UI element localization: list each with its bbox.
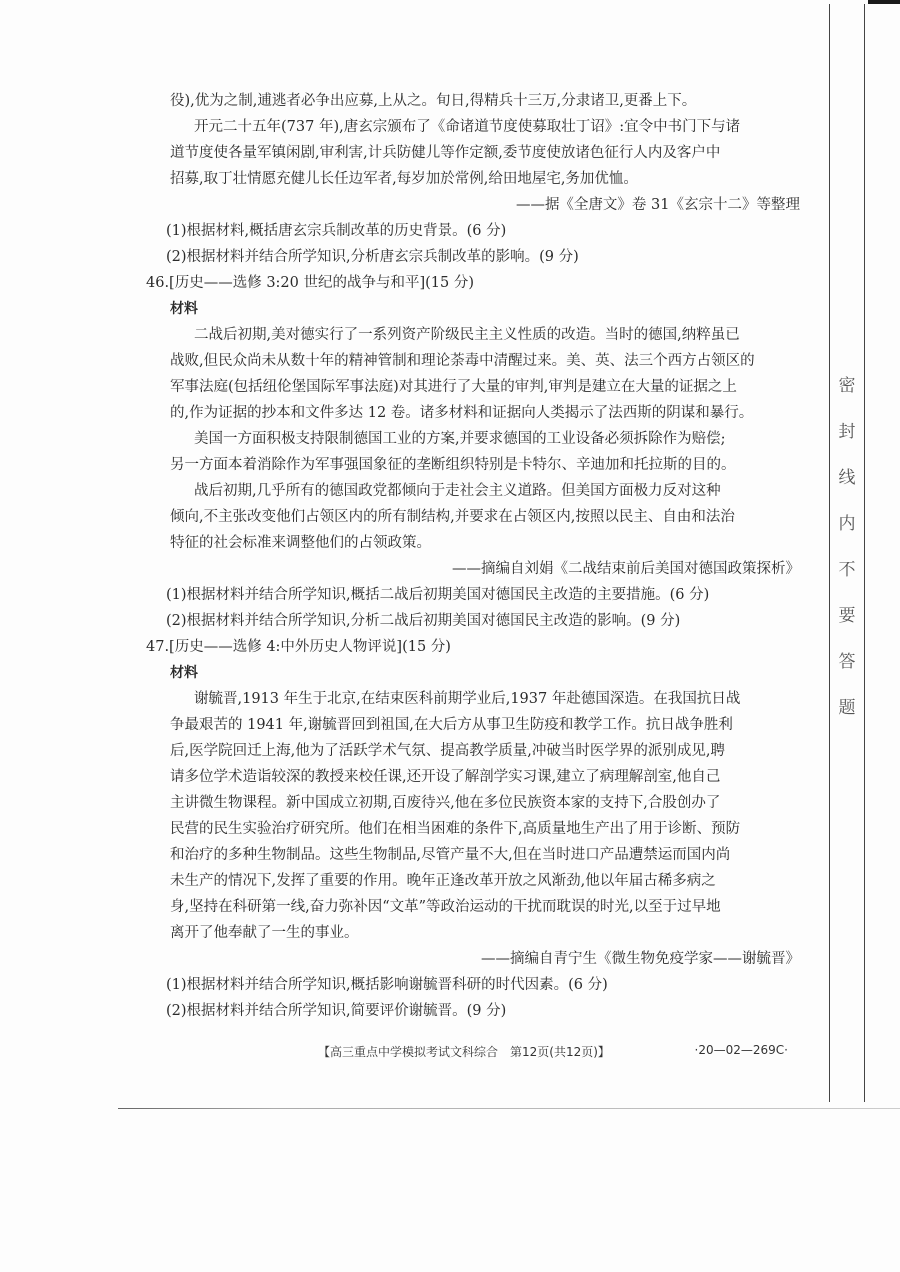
text-line: 战后初期,几乎所有的德国政党都倾向于走社会主义道路。但美国方面极力反对这种 [194,478,800,504]
text-line: 和治疗的多种生物制品。这些生物制品,尽管产量不大,但在当时进口产品遭禁运而国内尚 [170,842,800,868]
q45-subquestion-2: (2)根据材料并结合所学知识,分析唐玄宗兵制改革的影响。(9 分) [166,244,800,270]
footer-title: 【高三重点中学模拟考试文科综合 第12页(共12页)】 [318,1043,610,1060]
text-line: 开元二十五年(737 年),唐玄宗颁布了《命诸道节度使募取壮丁诏》:宜令中书门下… [194,114,800,140]
text-line: 战败,但民众尚未从数十年的精神管制和理论荼毒中清醒过来。美、英、法三个西方占领区… [170,348,800,374]
q47-subquestion-1: (1)根据材料并结合所学知识,概括影响谢毓晋科研的时代因素。(6 分) [166,972,800,998]
q47-source: ——摘编自青宁生《微生物免疫学家——谢毓晋》 [148,946,800,972]
q46-subquestion-1: (1)根据材料并结合所学知识,概括二战后初期美国对德国民主改造的主要措施。(6 … [166,582,800,608]
binding-line-inner [829,4,830,1102]
seal-line-notice: 密 封 线 内 不 要 答 题 [834,378,860,746]
text-line: 争最艰苦的 1941 年,谢毓晋回到祖国,在大后方从事卫生防疫和教学工作。抗日战… [170,712,800,738]
q45-subquestion-1: (1)根据材料,概括唐玄宗兵制改革的历史背景。(6 分) [166,218,800,244]
binding-line-outer [864,4,865,1102]
text-line: 另一方面本着消除作为军事强国象征的垄断组织特别是卡特尔、辛迪加和托拉斯的目的。 [170,452,800,478]
seal-char: 要 [839,608,856,625]
q46-heading: 46.[历史——选修 3:20 世纪的战争与和平](15 分) [146,270,800,296]
text-line: 后,医学院回迁上海,他为了活跃学术气氛、提高教学质量,冲破当时医学界的派别成见,… [170,738,800,764]
text-line: 役),优为之制,逋逃者必争出应募,上从之。旬日,得精兵十三万,分隶诸卫,更番上下… [170,88,800,114]
text-line: 未生产的情况下,发挥了重要的作用。晚年正逢改革开放之风渐劲,他以年届古稀多病之 [170,868,800,894]
text-line: 美国一方面积极支持限制德国工业的方案,并要求德国的工业设备必须拆除作为赔偿; [194,426,800,452]
text-line: 二战后初期,美对德实行了一系列资产阶级民主主义性质的改造。当时的德国,纳粹虽已 [194,322,800,348]
text-line: 身,坚持在科研第一线,奋力弥补因“文革”等政治运动的干扰而耽误的时光,以至于过早… [170,894,800,920]
seal-char: 内 [839,516,856,533]
text-line: 离开了他奉献了一生的事业。 [170,920,800,946]
seal-char: 答 [839,654,856,671]
page-footer: 【高三重点中学模拟考试文科综合 第12页(共12页)】 ·20—02—269C· [318,1043,788,1060]
q46-subquestion-2: (2)根据材料并结合所学知识,分析二战后初期美国对德国民主改造的影响。(9 分) [166,608,800,634]
text-line: 特征的社会标准来调整他们的占领政策。 [170,530,800,556]
text-line: 民营的民生实验治疗研究所。他们在相当困难的条件下,高质量地生产出了用于诊断、预防 [170,816,800,842]
seal-char: 密 [839,378,856,395]
scan-corner-mark [868,0,900,4]
page-bottom-edge [118,1108,900,1109]
text-line: 请多位学术造诣较深的教授来校任课,还开设了解剖学实习课,建立了病理解剖室,他自己 [170,764,800,790]
q45-source: ——据《全唐文》卷 31《玄宗十二》等整理 [148,192,800,218]
text-line: 倾向,不主张改变他们占领区内的所有制结构,并要求在占领区内,按照以民主、自由和法… [170,504,800,530]
exam-content: 役),优为之制,逋逃者必争出应募,上从之。旬日,得精兵十三万,分隶诸卫,更番上下… [148,88,800,1024]
q47-material-label: 材料 [170,660,800,686]
text-line: 军事法庭(包括纽伦堡国际军事法庭)对其进行了大量的审判,审判是建立在大量的证据之… [170,374,800,400]
footer-code: ·20—02—269C· [695,1043,788,1060]
q45-material: 役),优为之制,逋逃者必争出应募,上从之。旬日,得精兵十三万,分隶诸卫,更番上下… [148,88,800,218]
text-line: 道节度使各量军镇闲剧,审利害,计兵防健儿等作定额,委节度使放诸色征行人内及客户中 [170,140,800,166]
q47-heading: 47.[历史——选修 4:中外历史人物评说](15 分) [146,634,800,660]
q46-material-label: 材料 [170,296,800,322]
seal-char: 不 [839,562,856,579]
q47-subquestion-2: (2)根据材料并结合所学知识,简要评价谢毓晋。(9 分) [166,998,800,1024]
text-line: 的,作为证据的抄本和文件多达 12 卷。诸多材料和证据向人类揭示了法西斯的阴谋和… [170,400,800,426]
text-line: 招募,取丁壮情愿充健儿长任边军者,每岁加於常例,给田地屋宅,务加优恤。 [170,166,800,192]
seal-char: 题 [839,700,856,717]
exam-page: 密 封 线 内 不 要 答 题 役),优为之制,逋逃者必争出应募,上从之。旬日,… [0,0,900,1272]
text-line: 谢毓晋,1913 年生于北京,在结束医科前期学业后,1937 年赴德国深造。在我… [194,686,800,712]
seal-char: 封 [839,424,856,441]
text-line: 主讲微生物课程。新中国成立初期,百废待兴,他在多位民族资本家的支持下,合股创办了 [170,790,800,816]
seal-char: 线 [839,470,856,487]
q46-source: ——摘编自刘娟《二战结束前后美国对德国政策探析》 [148,556,800,582]
